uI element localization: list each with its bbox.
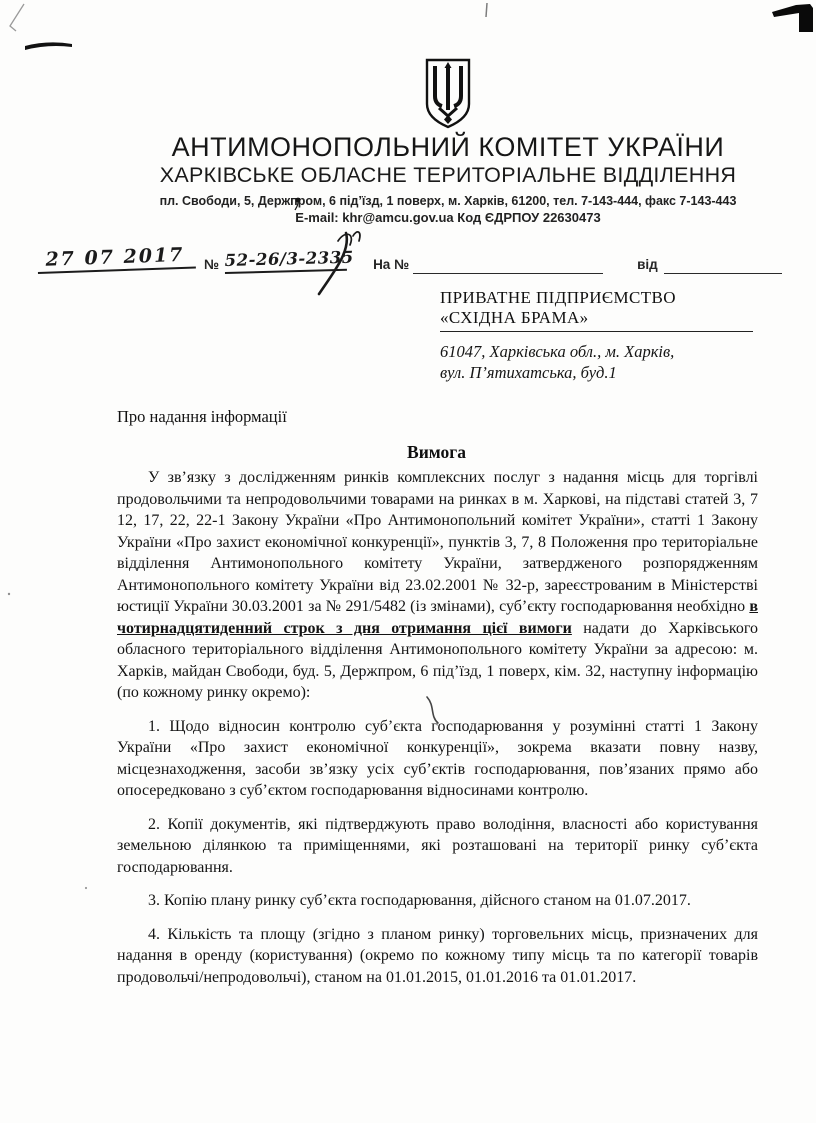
scanned-letter-page: АНТИМОНОПОЛЬНИЙ КОМІТЕТ УКРАЇНИ ХАРКІВСЬ… bbox=[0, 0, 816, 1123]
recipient-address: 61047, Харківська обл., м. Харків, вул. … bbox=[440, 341, 758, 383]
subject-line: Про надання інформації bbox=[117, 407, 816, 427]
request-item-2: 2. Копії документів, які підтверджують п… bbox=[117, 814, 758, 879]
reference-row: 27 07 2017 № 52-26/3-2335 На № від bbox=[38, 240, 786, 274]
ref-vid-blank-line bbox=[664, 255, 782, 274]
request-item-4: 4. Кількість та площу (згідно з планом р… bbox=[117, 924, 758, 989]
ukraine-trident-emblem-icon bbox=[424, 58, 472, 130]
division-name: ХАРКІВСЬКЕ ОБЛАСНЕ ТЕРИТОРІАЛЬНЕ ВІДДІЛЕ… bbox=[80, 162, 816, 188]
recipient-address-line2: вул. П’ятихатська, буд.1 bbox=[440, 362, 758, 383]
document-title: Вимога bbox=[117, 442, 756, 463]
org-name: АНТИМОНОПОЛЬНИЙ КОМІТЕТ УКРАЇНИ bbox=[80, 132, 816, 162]
scan-speck bbox=[8, 593, 10, 595]
document-body: У зв’язку з дослідженням ринків комплекс… bbox=[117, 467, 758, 988]
ref-date-handwritten: 27 07 2017 bbox=[37, 244, 196, 274]
body-paragraph: У зв’язку з дослідженням ринків комплекс… bbox=[117, 467, 758, 704]
letterhead: АНТИМОНОПОЛЬНИЙ КОМІТЕТ УКРАЇНИ ХАРКІВСЬ… bbox=[80, 58, 816, 226]
recipient-name-line1: ПРИВАТНЕ ПІДПРИЄМСТВО bbox=[440, 288, 753, 308]
corner-fold-mark bbox=[772, 4, 813, 32]
paragraph-text-part1: У зв’язку з дослідженням ринків комплекс… bbox=[117, 469, 758, 615]
scan-tick-mark bbox=[486, 3, 487, 17]
recipient-name-line2: «СХІДНА БРАМА» bbox=[440, 308, 753, 328]
ref-number-label: № bbox=[204, 257, 219, 272]
ref-na-number-blank-line bbox=[413, 255, 603, 274]
ref-vid-label: від bbox=[637, 257, 658, 272]
recipient-address-line1: 61047, Харківська обл., м. Харків, bbox=[440, 341, 758, 362]
ref-number-handwritten: 52-26/3-2335 bbox=[224, 248, 347, 274]
request-item-1: 1. Щодо відносин контролю суб’єкта госпо… bbox=[117, 716, 758, 802]
ink-dash-mark bbox=[25, 42, 72, 50]
recipient-name: ПРИВАТНЕ ПІДПРИЄМСТВО «СХІДНА БРАМА» bbox=[440, 288, 753, 332]
scan-speck bbox=[85, 887, 87, 889]
pencil-check-mark bbox=[10, 4, 24, 31]
request-item-3: 3. Копію плану ринку суб’єкта господарюв… bbox=[117, 890, 758, 912]
letterhead-address-line: пл. Свободи, 5, Держпром, 6 під’їзд, 1 п… bbox=[80, 193, 816, 209]
ref-na-number-label: На № bbox=[373, 257, 409, 272]
recipient-block: ПРИВАТНЕ ПІДПРИЄМСТВО «СХІДНА БРАМА» 610… bbox=[440, 288, 758, 383]
letterhead-email-line: E-mail: khr@amcu.gov.ua Код ЄДРПОУ 22630… bbox=[80, 209, 816, 226]
